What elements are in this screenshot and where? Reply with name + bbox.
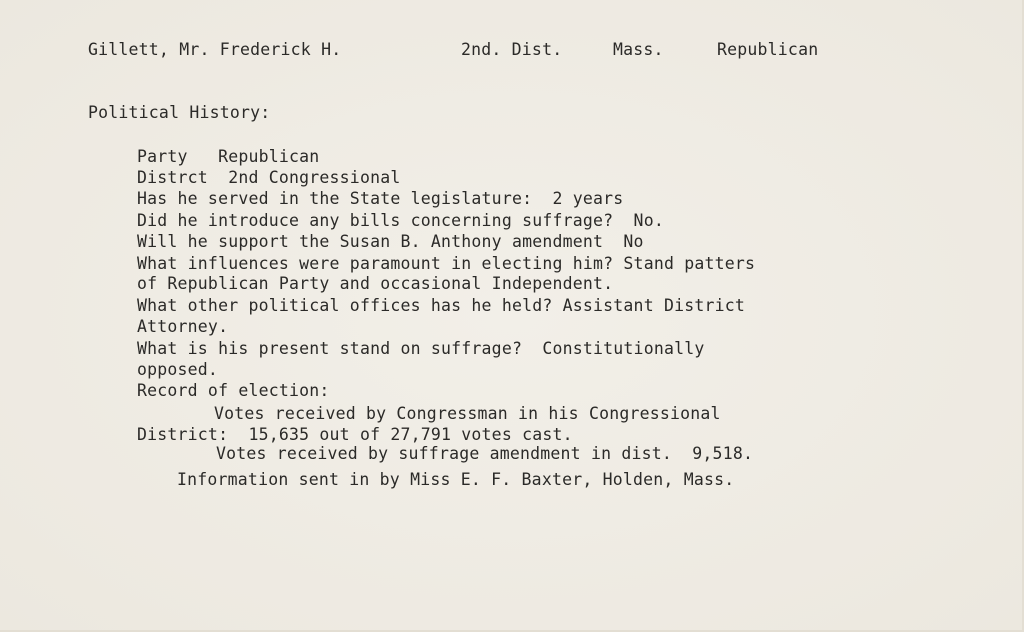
offices-line-cont: Attorney.	[137, 317, 228, 337]
header-district: 2nd. Dist.	[461, 40, 562, 60]
votes-congressman-line: Votes received by Congressman in his Con…	[214, 404, 721, 424]
header-state: Mass.	[613, 40, 664, 60]
section-title: Political History:	[88, 103, 270, 123]
record-heading: Record of election:	[137, 381, 330, 401]
influences-line-cont: of Republican Party and occasional Indep…	[137, 274, 613, 294]
header-name: Gillett, Mr. Frederick H.	[88, 40, 341, 60]
influences-line: What influences were paramount in electi…	[137, 254, 755, 274]
information-source-line: Information sent in by Miss E. F. Baxter…	[177, 470, 734, 490]
amendment-support-line: Will he support the Susan B. Anthony ame…	[137, 232, 644, 252]
header-party: Republican	[717, 40, 818, 60]
votes-amendment-line: Votes received by suffrage amendment in …	[216, 444, 753, 464]
district-line: Distrct 2nd Congressional	[137, 168, 400, 188]
votes-district-line: District: 15,635 out of 27,791 votes cas…	[137, 425, 573, 445]
party-line: Party Republican	[137, 147, 319, 167]
stand-line: What is his present stand on suffrage? C…	[137, 339, 705, 359]
stand-line-cont: opposed.	[137, 360, 218, 380]
index-card: Gillett, Mr. Frederick H. 2nd. Dist. Mas…	[0, 0, 1024, 632]
offices-line: What other political offices has he held…	[137, 296, 745, 316]
legislature-line: Has he served in the State legislature: …	[137, 189, 623, 209]
bills-line: Did he introduce any bills concerning su…	[137, 211, 664, 231]
